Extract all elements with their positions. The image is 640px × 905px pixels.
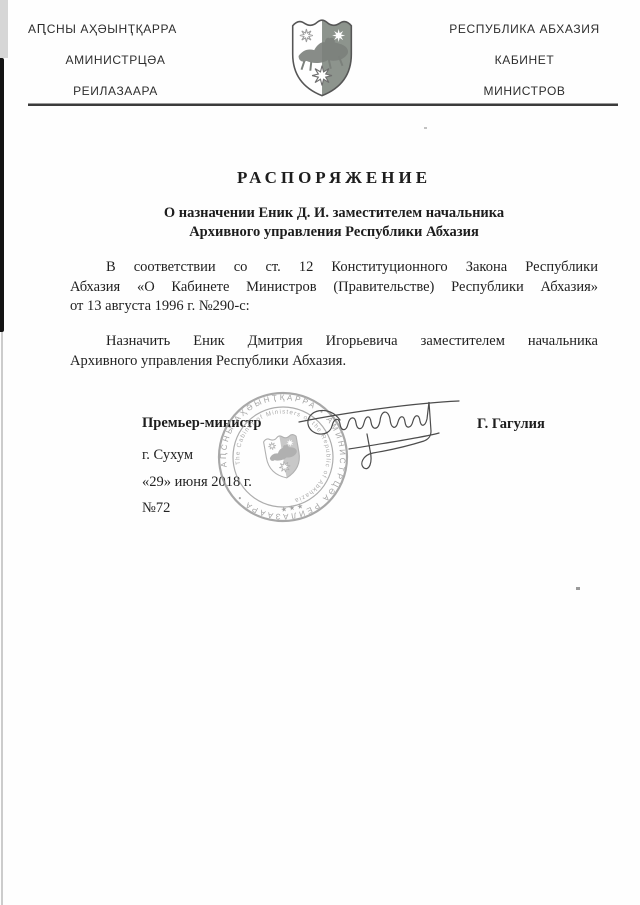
scan-speck	[424, 127, 427, 129]
subject-line: О назначении Еник Д. И. заместителем нач…	[70, 204, 598, 223]
footer-city: г. Сухум	[142, 447, 193, 464]
body-line: В соответствии со ст. 12 Конституционног…	[70, 258, 598, 278]
scan-speck	[576, 587, 580, 590]
letterhead-left-abkhaz: АԤСНЫ АҲӘЫНҬҚАРРА АМИНИСТРЦӘА РЕИЛАЗААРА	[28, 14, 203, 107]
handwritten-signature	[293, 388, 463, 473]
body-paragraph-legal-basis: В соответствии со ст. 12 Конституционног…	[70, 258, 598, 317]
body-line: Абхазия «О Кабинете Министров (Правитель…	[70, 278, 598, 298]
footer-number: №72	[142, 500, 170, 517]
subject-line: Архивного управления Республики Абхазия	[70, 223, 598, 242]
letterhead-line: КАБИНЕТ	[437, 45, 612, 76]
scan-edge-faint-line	[1, 332, 3, 905]
letterhead-right-russian: РЕСПУБЛИКА АБХАЗИЯ КАБИНЕТ МИНИСТРОВ	[437, 14, 612, 107]
document-subject: О назначении Еник Д. И. заместителем нач…	[70, 204, 598, 241]
letterhead-line: АԤСНЫ АҲӘЫНҬҚАРРА	[28, 14, 203, 45]
letterhead-line: АМИНИСТРЦӘА	[28, 45, 203, 76]
scanned-decree-page: АԤСНЫ АҲӘЫНҬҚАРРА АМИНИСТРЦӘА РЕИЛАЗААРА…	[0, 0, 640, 905]
document-title: РАСПОРЯЖЕНИЕ	[70, 168, 598, 188]
letterhead-divider-rule	[28, 103, 618, 106]
body-line: от 13 августа 1996 г. №290-с:	[70, 297, 598, 317]
body-line: Архивного управления Республики Абхазия.	[70, 352, 598, 372]
abkhazia-coat-of-arms-icon	[284, 15, 362, 101]
scan-edge-shadow	[0, 0, 8, 58]
letterhead-line: РЕСПУБЛИКА АБХАЗИЯ	[437, 14, 612, 45]
signatory-name: Г. Гагулия	[477, 416, 545, 433]
body-paragraph-appointment: Назначить Еник Дмитрия Игорьевича замест…	[70, 332, 598, 371]
body-line: Назначить Еник Дмитрия Игорьевича замест…	[70, 332, 598, 352]
scan-edge-black-strip	[0, 58, 4, 332]
